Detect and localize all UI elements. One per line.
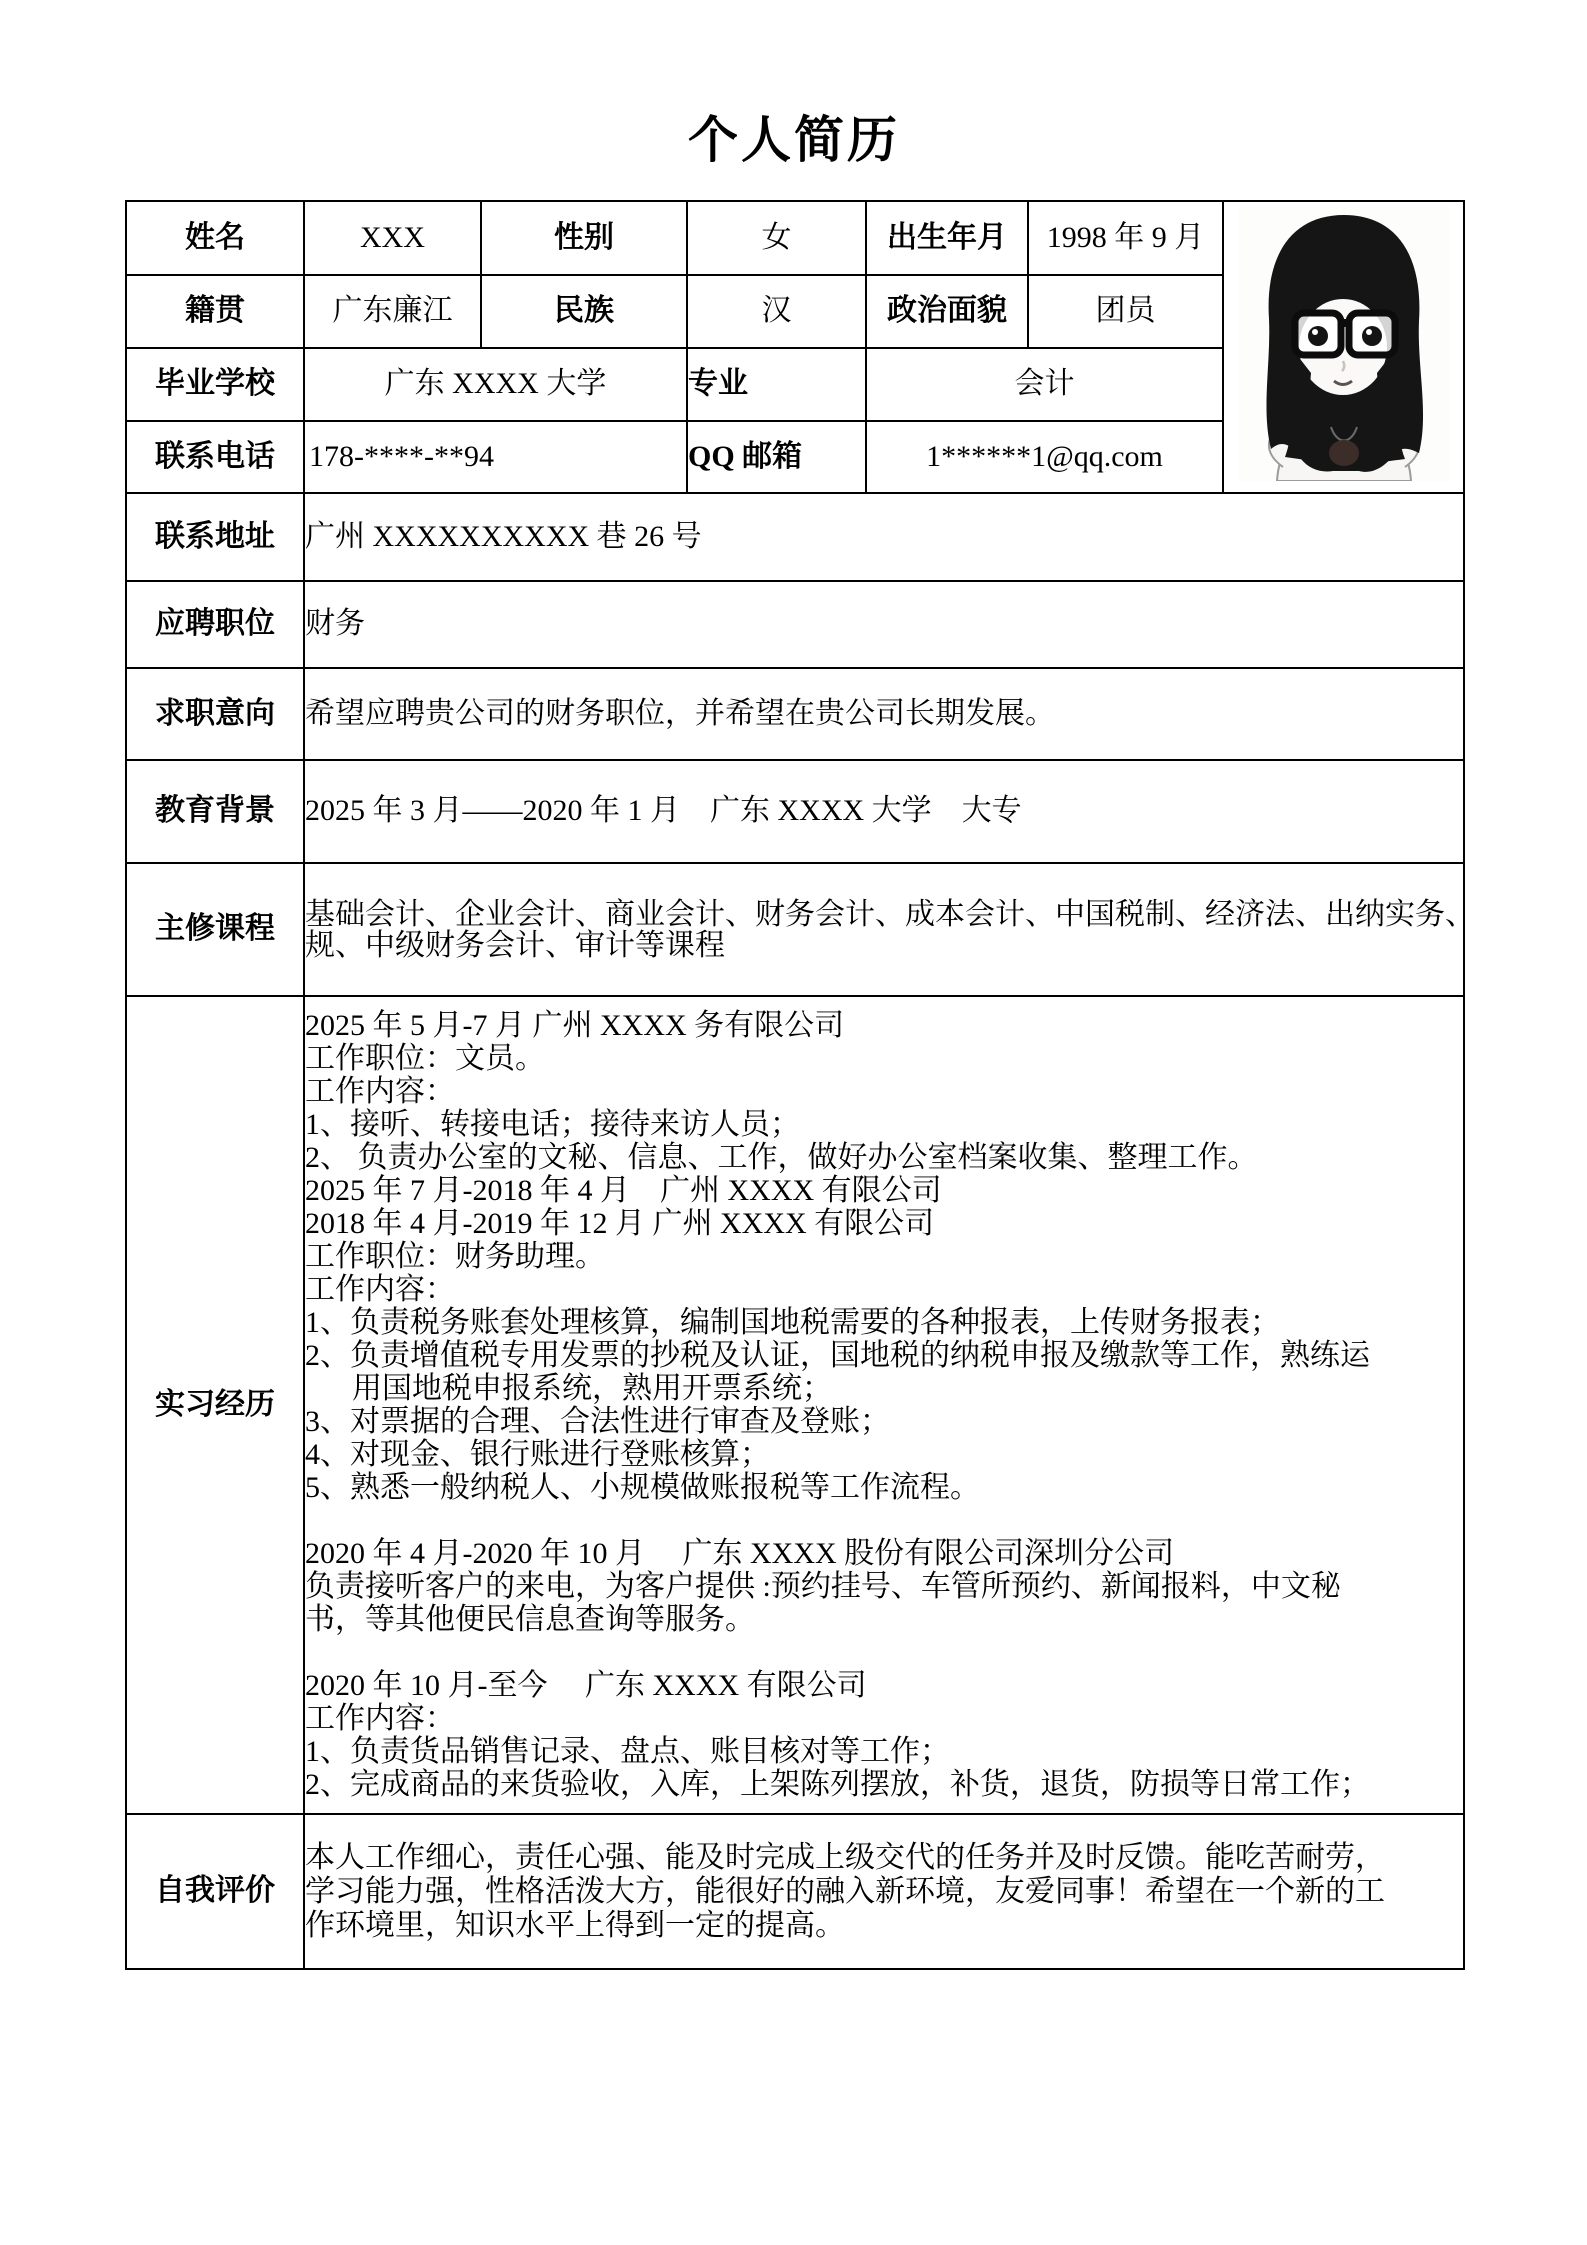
page-title: 个人简历 (125, 100, 1463, 172)
courses-label: 主修课程 (126, 863, 304, 996)
address-label: 联系地址 (126, 493, 304, 581)
table-row: 联系地址 广州 XXXXXXXXXX 巷 26 号 (126, 493, 1464, 581)
gender-label: 性别 (481, 201, 687, 275)
text-line: 规、中级财务会计、审计等课程 (305, 930, 1463, 961)
text-line: 1、接听、转接电话；接待来访人员； (305, 1108, 1463, 1141)
major-value: 会计 (866, 348, 1223, 421)
table-row: 实习经历 2025 年 5 月-7 月 广州 XXXX 务有限公司工作职位：文员… (126, 996, 1464, 1814)
resume-table: 姓名 XXX 性别 女 出生年月 1998 年 9 月 (125, 200, 1465, 1970)
experience-label: 实习经历 (126, 996, 304, 1814)
text-line (305, 1636, 1463, 1669)
political-value: 团员 (1028, 275, 1223, 348)
text-line: 2025 年 5 月-7 月 广州 XXXX 务有限公司 (305, 1009, 1463, 1042)
education-label: 教育背景 (126, 760, 304, 863)
origin-label: 籍贯 (126, 275, 304, 348)
birth-label: 出生年月 (866, 201, 1028, 275)
courses-content: 基础会计、企业会计、商业会计、财务会计、成本会计、中国税制、经济法、出纳实务、会… (304, 863, 1464, 996)
text-line: 用国地税申报系统，熟用开票系统； (305, 1372, 1463, 1405)
text-line: 作环境里，知识水平上得到一定的提高。 (305, 1909, 1463, 1943)
text-line: 学习能力强，性格活泼大方，能很好的融入新环境，友爱同事！希望在一个新的工 (305, 1875, 1463, 1909)
text-line: 2025 年 7 月-2018 年 4 月 广州 XXXX 有限公司 (305, 1174, 1463, 1207)
experience-content: 2025 年 5 月-7 月 广州 XXXX 务有限公司工作职位：文员。工作内容… (304, 996, 1464, 1814)
name-value: XXX (304, 201, 481, 275)
text-line: 工作内容： (305, 1702, 1463, 1735)
text-line (305, 1504, 1463, 1537)
text-line: 3、对票据的合理、合法性进行审查及登账； (305, 1405, 1463, 1438)
text-line: 5、熟悉一般纳税人、小规模做账报税等工作流程。 (305, 1471, 1463, 1504)
table-row: 求职意向 希望应聘贵公司的财务职位，并希望在贵公司长期发展。 (126, 668, 1464, 760)
position-value: 财务 (304, 581, 1464, 668)
text-line: 工作内容： (305, 1273, 1463, 1306)
text-line: 1、负责货品销售记录、盘点、账目核对等工作； (305, 1735, 1463, 1768)
table-row: 自我评价 本人工作细心，责任心强、能及时完成上级交代的任务并及时反馈。能吃苦耐劳… (126, 1814, 1464, 1969)
qq-value: 1******1@qq.com (866, 421, 1223, 493)
objective-label: 求职意向 (126, 668, 304, 760)
political-label: 政治面貌 (866, 275, 1028, 348)
birth-value: 1998 年 9 月 (1028, 201, 1223, 275)
table-row: 教育背景 2025 年 3 月——2020 年 1 月 广东 XXXX 大学 大… (126, 760, 1464, 863)
table-row: 应聘职位 财务 (126, 581, 1464, 668)
origin-value: 广东廉江 (304, 275, 481, 348)
phone-label: 联系电话 (126, 421, 304, 493)
ethnic-label: 民族 (481, 275, 687, 348)
text-line: 工作职位：文员。 (305, 1042, 1463, 1075)
evaluation-label: 自我评价 (126, 1814, 304, 1969)
text-line: 2、负责增值税专用发票的抄税及认证，国地税的纳税申报及缴款等工作，熟练运 (305, 1339, 1463, 1372)
text-line: 本人工作细心，责任心强、能及时完成上级交代的任务并及时反馈。能吃苦耐劳， (305, 1841, 1463, 1875)
table-row: 主修课程 基础会计、企业会计、商业会计、财务会计、成本会计、中国税制、经济法、出… (126, 863, 1464, 996)
text-line: 4、对现金、银行账进行登账核算； (305, 1438, 1463, 1471)
text-line: 2、完成商品的来货验收，入库，上架陈列摆放，补货，退货，防损等日常工作； (305, 1768, 1463, 1801)
text-line: 书，等其他便民信息查询等服务。 (305, 1603, 1463, 1636)
portrait-photo (1223, 201, 1464, 493)
text-line: 2020 年 4 月-2020 年 10 月 广东 XXXX 股份有限公司深圳分… (305, 1537, 1463, 1570)
ethnic-value: 汉 (687, 275, 866, 348)
text-line: 基础会计、企业会计、商业会计、财务会计、成本会计、中国税制、经济法、出纳实务、会… (305, 899, 1463, 930)
table-row: 姓名 XXX 性别 女 出生年月 1998 年 9 月 (126, 201, 1464, 275)
school-label: 毕业学校 (126, 348, 304, 421)
position-label: 应聘职位 (126, 581, 304, 668)
text-line: 工作内容： (305, 1075, 1463, 1108)
portrait-illustration (1239, 205, 1449, 481)
education-value: 2025 年 3 月——2020 年 1 月 广东 XXXX 大学 大专 (304, 760, 1464, 863)
objective-value: 希望应聘贵公司的财务职位，并希望在贵公司长期发展。 (304, 668, 1464, 760)
text-line: 2018 年 4 月-2019 年 12 月 广州 XXXX 有限公司 (305, 1207, 1463, 1240)
address-value: 广州 XXXXXXXXXX 巷 26 号 (304, 493, 1464, 581)
text-line: 2020 年 10 月-至今 广东 XXXX 有限公司 (305, 1669, 1463, 1702)
qq-label: QQ 邮箱 (687, 421, 866, 493)
evaluation-content: 本人工作细心，责任心强、能及时完成上级交代的任务并及时反馈。能吃苦耐劳，学习能力… (304, 1814, 1464, 1969)
name-label: 姓名 (126, 201, 304, 275)
resume-page: 个人简历 姓名 XXX 性别 女 出生年月 1998 年 9 月 (0, 0, 1587, 2245)
gender-value: 女 (687, 201, 866, 275)
phone-value: 178-****-**94 (304, 421, 687, 493)
text-line: 1、负责税务账套处理核算，编制国地税需要的各种报表，上传财务报表； (305, 1306, 1463, 1339)
major-label: 专业 (687, 348, 866, 421)
text-line: 2、 负责办公室的文秘、信息、工作，做好办公室档案收集、整理工作。 (305, 1141, 1463, 1174)
school-value: 广东 XXXX 大学 (304, 348, 687, 421)
text-line: 负责接听客户的来电，为客户提供 :预约挂号、车管所预约、新闻报料，中文秘 (305, 1570, 1463, 1603)
text-line: 工作职位：财务助理。 (305, 1240, 1463, 1273)
